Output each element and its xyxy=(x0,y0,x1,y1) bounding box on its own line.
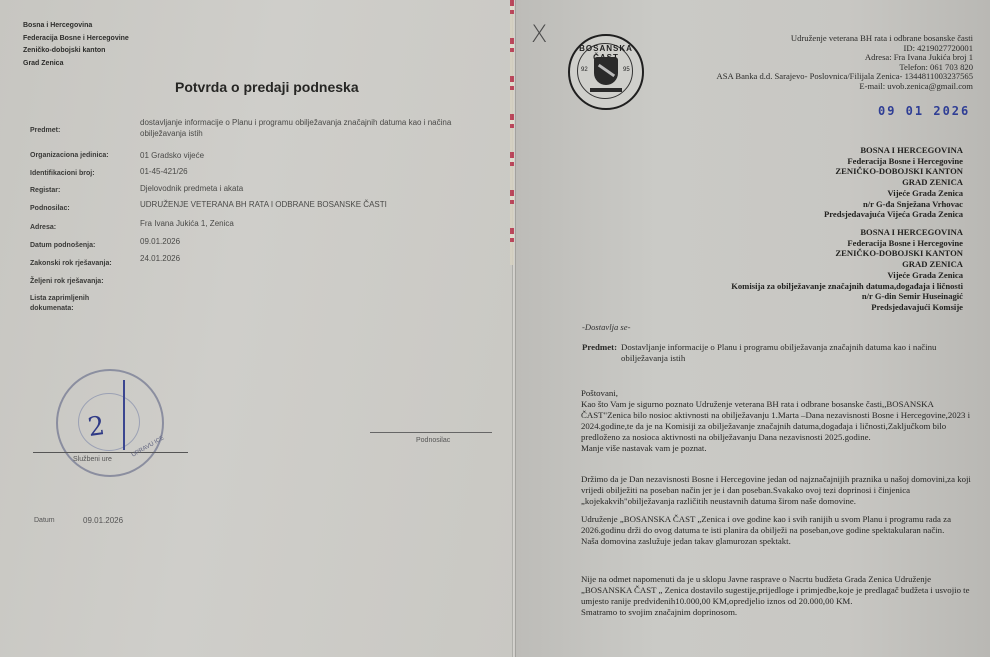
field-value: 09.01.2026 xyxy=(140,236,480,247)
binding-cord xyxy=(510,0,514,265)
recipient-line: Federacija Bosne i Hercegovine xyxy=(731,238,963,249)
recipient-line: Predsjedavajuća Vijeća Grada Zenica xyxy=(824,209,963,220)
recipient-line: Komisija za obilježavanje značajnih datu… xyxy=(731,281,963,292)
recipient-line: ZENIČKO-DOBOJSKI KANTON xyxy=(731,248,963,259)
left-header: Bosna i Hercegovina Federacija Bosne i H… xyxy=(23,20,129,70)
recipient-line: n/r G-din Semir Huseinagić xyxy=(731,291,963,302)
field-value: dostavljanje informacije o Planu i progr… xyxy=(140,117,480,139)
logo-year-left: 92 xyxy=(581,67,588,73)
field-value: 01-45-421/26 xyxy=(140,166,480,177)
subject-label: Predmet: xyxy=(582,342,617,353)
field-label: Adresa: xyxy=(30,224,56,231)
recipient-block-commission: BOSNA I HERCEGOVINA Federacija Bosne i H… xyxy=(731,227,963,313)
submitter-signature-line xyxy=(370,432,492,433)
field-label: Lista zaprimljenih dokumenata: xyxy=(30,294,110,314)
handwritten-x-mark: X xyxy=(531,20,547,48)
stamp-signature-stroke xyxy=(123,380,125,450)
field-value: UDRUŽENJE VETERANA BH RATA I ODBRANE BOS… xyxy=(140,199,480,210)
delivery-note: -Dostavlja se- xyxy=(582,322,630,332)
recipient-line: BOSNA I HERCEGOVINA xyxy=(731,227,963,238)
sender-contact-block: Udruženje veterana BH rata i odbrane bos… xyxy=(717,34,974,92)
recipient-line: ZENIČKO-DOBOJSKI KANTON xyxy=(824,166,963,177)
header-line: Bosna i Hercegovina xyxy=(23,20,129,33)
field-value: 01 Gradsko vijeće xyxy=(140,150,480,161)
clerk-signature-line xyxy=(33,452,188,453)
field-value: Djelovodnik predmeta i akata xyxy=(140,183,480,194)
header-line: Federacija Bosne i Hercegovine xyxy=(23,33,129,46)
recipient-line: Federacija Bosne i Hercegovine xyxy=(824,156,963,167)
clerk-label: Službeni ure xyxy=(73,456,112,463)
field-label: Organizaciona jedinica: xyxy=(30,152,109,159)
datum-value: 09.01.2026 xyxy=(83,516,123,525)
recipient-line: GRAD ZENICA xyxy=(824,177,963,188)
letter-paragraph: Udruženje „BOSANSKA ČAST „Zenica i ove g… xyxy=(581,514,971,547)
recipient-line: BOSNA I HERCEGOVINA xyxy=(824,145,963,156)
recipient-line: GRAD ZENICA xyxy=(731,259,963,270)
field-label: Registar: xyxy=(30,187,60,194)
submitter-label: Podnosilac xyxy=(416,437,450,444)
header-line: Grad Zenica xyxy=(23,58,129,71)
bosanska-cast-logo: BOSANSKA ČAST 92 95 xyxy=(568,34,644,110)
field-value: Fra Ivana Jukića 1, Zenica xyxy=(140,218,480,229)
recipient-line: Vijeće Grada Zenica xyxy=(731,270,963,281)
left-page-receipt: Bosna i Hercegovina Federacija Bosne i H… xyxy=(0,0,515,657)
recipient-line: Predsjedavajući Komsije xyxy=(731,302,963,313)
letter-paragraph: Nije na odmet napomenuti da je u sklopu … xyxy=(581,574,971,618)
letter-paragraph: Držimo da je Dan nezavisnosti Bosne i He… xyxy=(581,474,971,507)
contact-line: E-mail: uvob.zenica@gmail.com xyxy=(717,82,974,92)
field-label: Datum podnošenja: xyxy=(30,242,95,249)
datum-label: Datum xyxy=(34,517,55,524)
shield-icon xyxy=(594,57,618,85)
field-label: Podnosilac: xyxy=(30,205,70,212)
logo-year-right: 95 xyxy=(623,67,630,73)
letter-subject: Predmet: Dostavljanje informacije o Plan… xyxy=(582,342,962,364)
field-value: 24.01.2026 xyxy=(140,253,480,264)
field-label: Željeni rok rješavanja: xyxy=(30,278,104,285)
recipient-block-council: BOSNA I HERCEGOVINA Federacija Bosne i H… xyxy=(824,145,963,220)
receipt-title: Potvrda o predaji podneska xyxy=(175,79,359,95)
letter-paragraph: Poštovani, Kao što Vam je sigurno poznat… xyxy=(581,388,971,453)
header-line: Zeničko-dobojski kanton xyxy=(23,45,129,58)
subject-text: Dostavljanje informacije o Planu i progr… xyxy=(621,342,962,364)
ribbon-icon xyxy=(590,88,622,92)
field-label: Predmet: xyxy=(30,127,60,134)
field-label: Identifikacioni broj: xyxy=(30,170,95,177)
recipient-line: Vijeće Grada Zenica xyxy=(824,188,963,199)
recipient-line: n/r G-đa Snježana Vrhovac xyxy=(824,199,963,210)
field-label: Zakonski rok rješavanja: xyxy=(30,260,112,267)
received-date-stamp: 09 01 2026 xyxy=(878,104,970,118)
